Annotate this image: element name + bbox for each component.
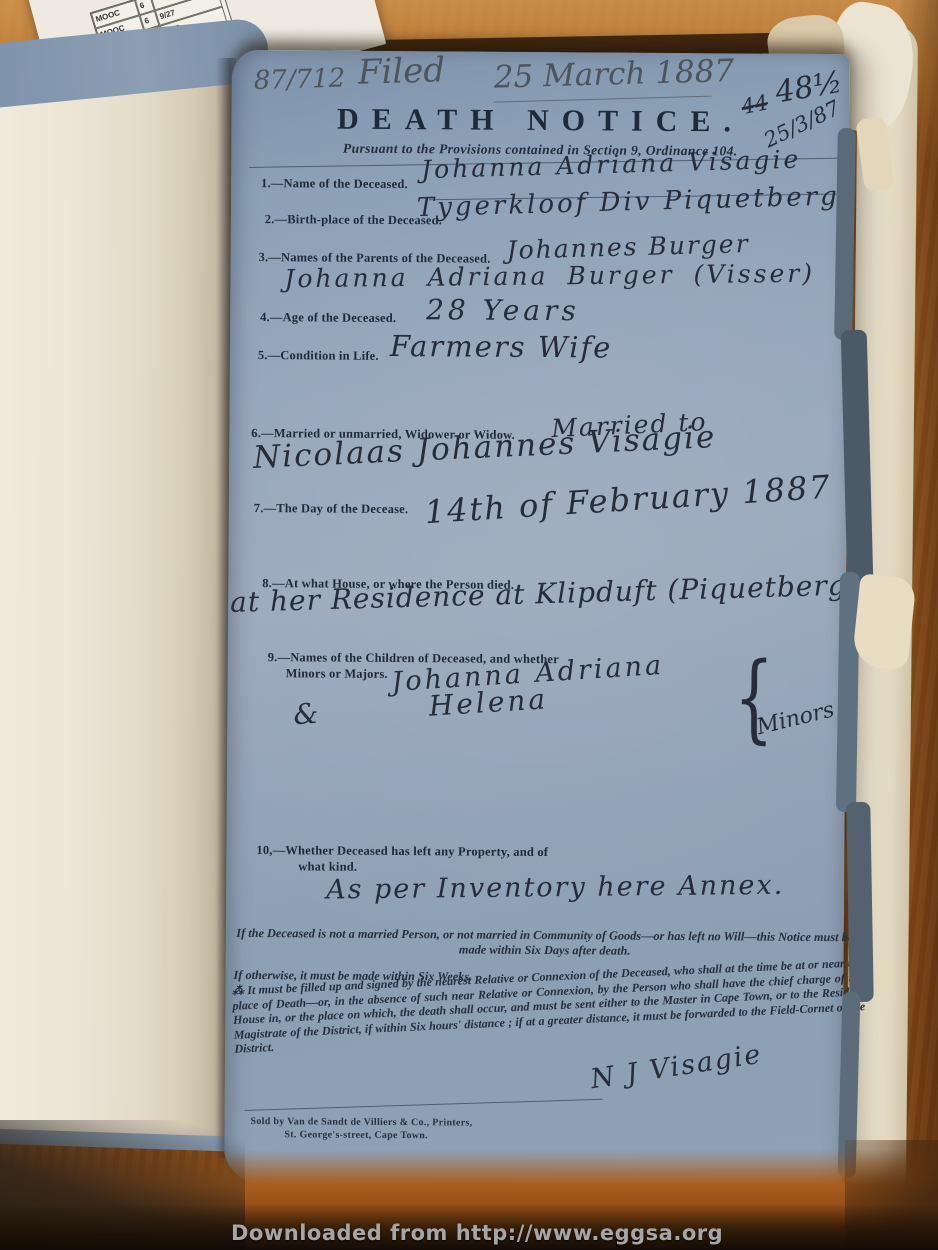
field-value-7: 14th of February 1887 [424, 468, 833, 532]
field-label-7: 7.—The Day of the Decease. [254, 501, 409, 517]
file-reference: 87/712 [253, 63, 345, 96]
field-label-2: 2.—Birth-place of the Deceased. [265, 212, 442, 228]
field-label-10b: what kind. [298, 859, 357, 874]
printer-line-2: St. George's-street, Cape Town. [284, 1129, 428, 1141]
field-label-4: 4.—Age of the Deceased. [260, 310, 396, 326]
signature: N J Visagie [588, 1039, 764, 1096]
filed-word: Filed [357, 50, 445, 92]
field-value-2: Tygerkloof Div Piquetberg [416, 181, 840, 223]
field-label-9b: Minors or Majors. [286, 666, 388, 682]
torn-edge-strip [834, 128, 856, 340]
filed-date: 25 March 1887 [493, 53, 734, 96]
field-label-1: 1.—Name of the Deceased. [261, 176, 408, 192]
field-value-10: As per Inventory here Annex. [326, 870, 784, 906]
field-label-5: 5.—Condition in Life. [258, 348, 379, 364]
filed-underline [494, 96, 712, 103]
field-value-5: Farmers Wife [390, 329, 613, 365]
printer-line-1: Sold by Van de Sandt de Villiers & Co., … [250, 1116, 472, 1129]
torn-edge-strip [846, 802, 873, 1002]
torn-paper-flap [851, 573, 916, 670]
field-value-3b: Johanna Adriana Burger (Visser) [284, 259, 815, 294]
child-name-2: & Helena [292, 682, 549, 731]
death-notice-page: 87/712 Filed 25 March 1887 DEATH NOTICE.… [224, 50, 850, 1194]
turned-pages-stack [0, 57, 237, 1142]
field-label-10: 10,—Whether Deceased has left any Proper… [256, 843, 548, 860]
field-value-4: 28 Years [426, 293, 580, 327]
printer-rule [245, 1099, 603, 1112]
watermark-text: Downloaded from http://www.eggsa.org [231, 1221, 723, 1245]
note-six-days: If the Deceased is not a married Person,… [236, 926, 854, 960]
